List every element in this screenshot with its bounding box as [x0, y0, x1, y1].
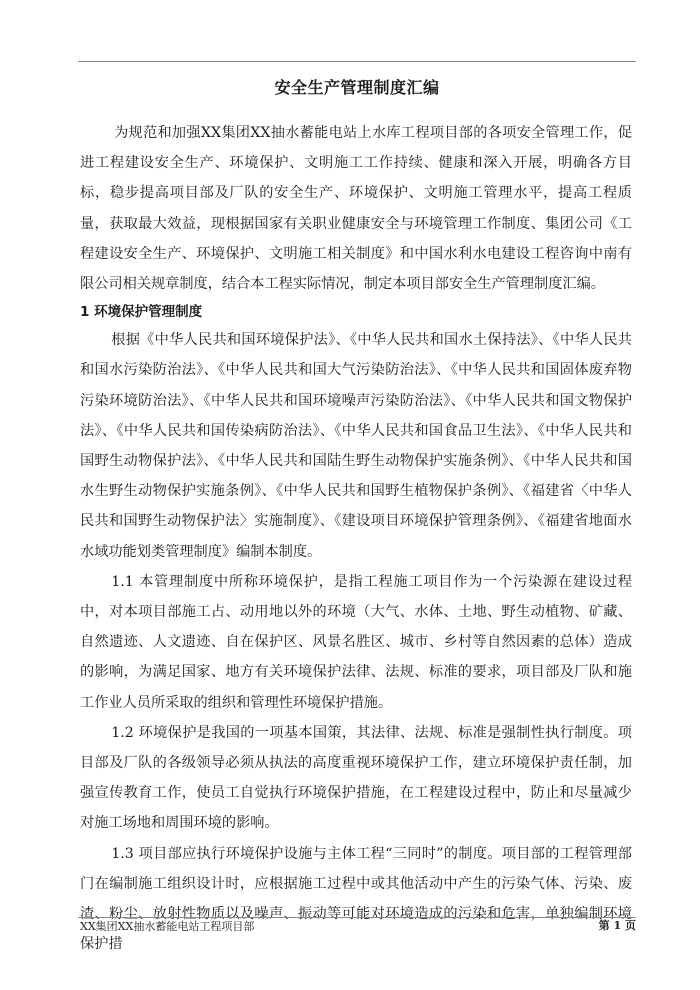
document-title: 安全生产管理制度汇编	[78, 74, 636, 102]
header-rule	[78, 61, 636, 62]
page-number: 第 1 页	[599, 918, 636, 934]
footer-organization: XX集团XX抽水蓄能电站工程项目部	[80, 919, 254, 935]
clause-1-1: 1.1 本管理制度中所称环境保护，是指工程施工项目作为一个污染源在建设过程中，对…	[80, 567, 632, 718]
section-heading: 1 环境保护管理制度	[80, 299, 632, 325]
clause-1-2: 1.2 环境保护是我国的一项基本国策，其法律、法规、标准是强制性执行制度。项目部…	[80, 718, 632, 839]
document-body: 为规范和加强XX集团XX抽水蓄能电站上水库工程项目部的各项安全管理工作，促进工程…	[80, 118, 632, 959]
footer-rule	[78, 917, 636, 918]
clause-1-3: 1.3 项目部应执行环境保护设施与主体工程“三同时”的制度。项目部的工程管理部门…	[80, 839, 632, 960]
intro-paragraph: 为规范和加强XX集团XX抽水蓄能电站上水库工程项目部的各项安全管理工作，促进工程…	[80, 118, 632, 299]
basis-paragraph: 根据《中华人民共和国环境保护法》、《中华人民共和国水土保持法》、《中华人民共和国…	[80, 325, 632, 567]
